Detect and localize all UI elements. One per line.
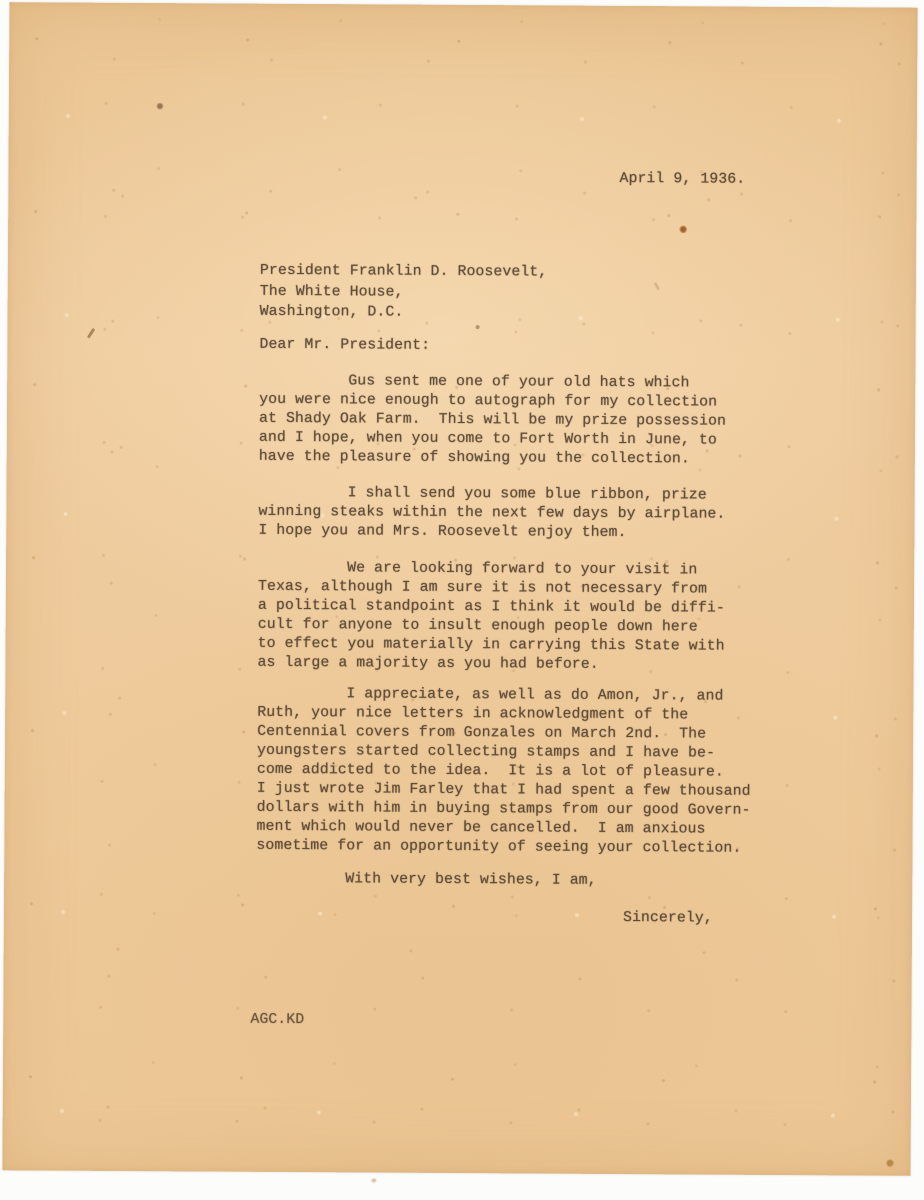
body-paragraph-4: I appreciate, as well as do Amon, Jr., a… [256, 685, 769, 859]
body-paragraph-3: We are looking forward to your visit in … [257, 559, 770, 676]
stray-mark [87, 328, 95, 339]
letter-scan: April 9, 1936. President Franklin D. Roo… [0, 0, 924, 1200]
typist-initials: AGC.KD [250, 1011, 304, 1030]
closing-line: With very best wishes, I am, [345, 870, 597, 891]
salutation: Dear Mr. President: [259, 336, 430, 356]
letter-date: April 9, 1936. [619, 170, 745, 190]
stray-mark [654, 282, 659, 290]
recipient-address: President Franklin D. Roosevelt, The Whi… [260, 261, 548, 324]
paper-stain [886, 1160, 893, 1167]
paper-stain [476, 325, 480, 329]
paper-stain [371, 1178, 376, 1182]
paper-stain [679, 225, 687, 233]
signature-block: Sincerely, [623, 909, 713, 929]
letter-paper: April 9, 1936. President Franklin D. Roo… [2, 2, 917, 1176]
body-paragraph-2: I shall send you some blue ribbon, prize… [258, 484, 770, 544]
body-paragraph-1: Gus sent me one of your old hats which y… [259, 372, 772, 470]
paper-stain [157, 103, 163, 109]
